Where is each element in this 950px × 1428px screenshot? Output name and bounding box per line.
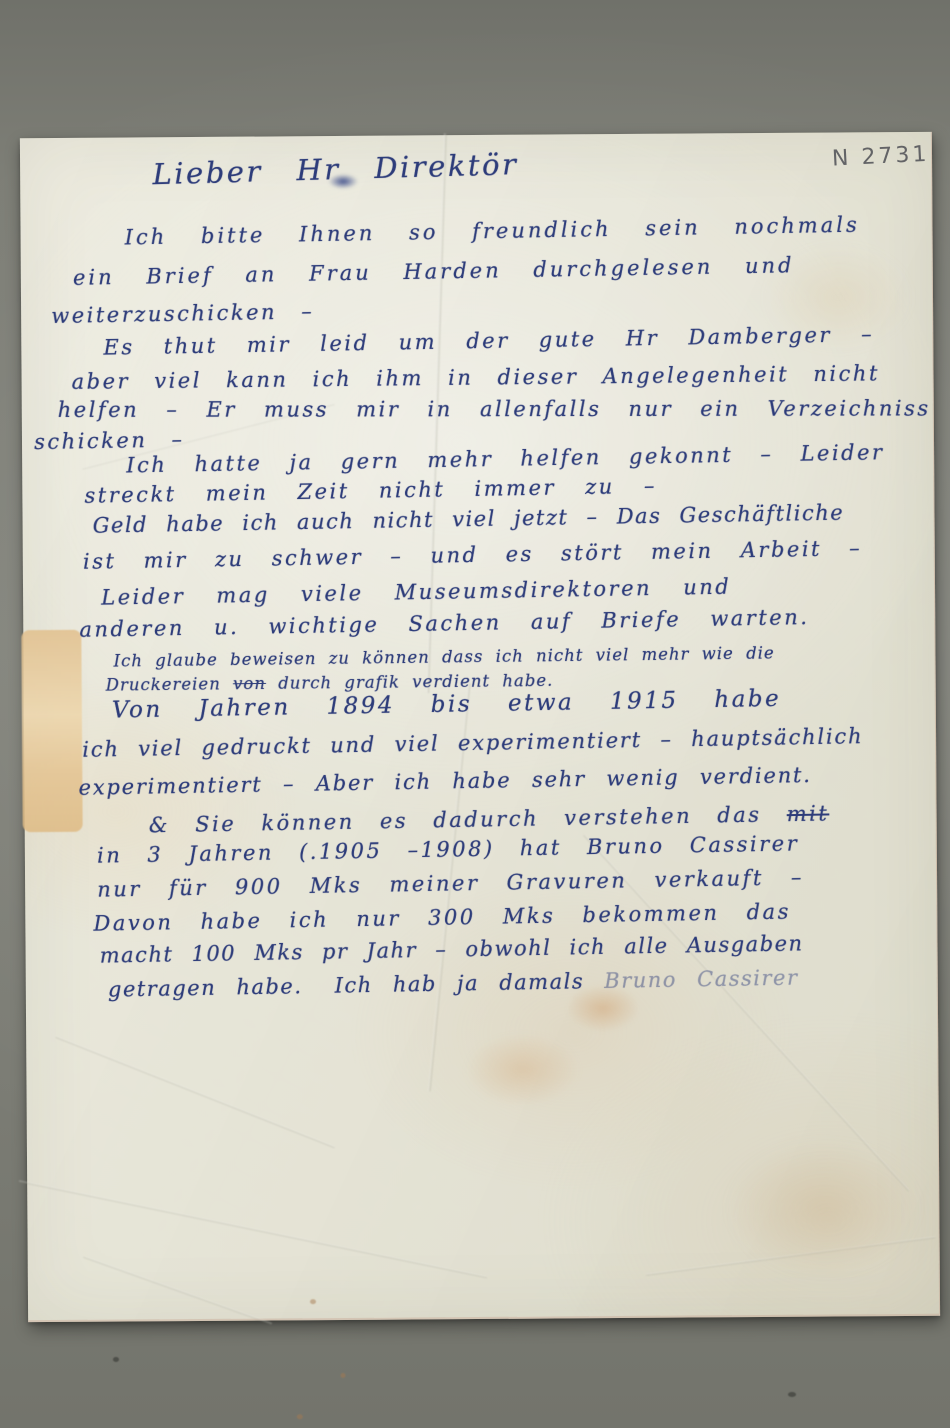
stain [464, 1032, 581, 1107]
letter-line: schicken – [34, 427, 185, 454]
letter-line: anderen u. wichtige Sachen auf Briefe wa… [79, 605, 809, 642]
letter-line: ein Brief an Frau Harden durchgelesen un… [73, 253, 795, 290]
letter-line: Ich bitte Ihnen so freundlich sein nochm… [124, 213, 859, 250]
letter-line: Ich hatte ja gern mehr helfen gekonnt – … [126, 440, 885, 477]
photo-background: N 2731 Lieber Hr Direktör Ich bitte Ihne… [0, 0, 950, 1428]
faded-words: Bruno Cassirer [604, 966, 799, 993]
letter-line: ich viel gedruckt und viel experimentier… [82, 724, 863, 762]
letter-line: streckt mein Zeit nicht immer zu – [84, 474, 657, 508]
stain [725, 1138, 922, 1277]
salutation: Lieber Hr Direktör [152, 147, 519, 191]
background-speck [788, 1392, 796, 1397]
catalog-number: N 2731 [831, 142, 930, 172]
letter-line: aber viel kann ich ihm in dieser Angeleg… [71, 361, 879, 393]
letter-line: Davon habe ich nur 300 Mks bekommen das [93, 900, 791, 936]
crease-line [83, 1256, 272, 1325]
tape-stain [21, 630, 82, 832]
letter-line: nur für 900 Mks meiner Gravuren verkauft… [97, 865, 804, 901]
letter-line: ist mir zu schwer – und es stört mein Ar… [83, 536, 863, 574]
letter-line: experimentiert – Aber ich habe sehr weni… [78, 763, 812, 800]
struck-word: von [233, 674, 266, 693]
struck-word: mit [786, 801, 829, 826]
letter-line: Geld habe ich auch nicht viel jetzt – Da… [93, 501, 845, 538]
letter-line: Es thut mir leid um der gute Hr Damberge… [103, 322, 874, 359]
background-speck [113, 1357, 119, 1362]
letter-line-segment: getragen habe. Ich hab ja damals [108, 969, 605, 1002]
letter-line: Leider mag viele Museumsdirektoren und [101, 575, 731, 610]
crease-line [19, 1180, 488, 1278]
letter-line-segment: & Sie können es dadurch verstehen das [149, 802, 787, 837]
crease-line [55, 1036, 335, 1148]
letter-line-segment: Druckereien [106, 674, 234, 694]
stain [341, 1373, 346, 1378]
letter-line: in 3 Jahren (.1905 –1908) hat Bruno Cass… [97, 831, 800, 867]
letter-line: getragen habe. Ich hab ja damals Bruno C… [108, 966, 799, 1002]
stain [310, 1299, 316, 1304]
letter-line: helfen – Er muss mir in allenfalls nur e… [58, 396, 931, 422]
letter-line: Ich glaube beweisen zu können dass ich n… [113, 643, 774, 670]
letter-paper: N 2731 Lieber Hr Direktör Ich bitte Ihne… [20, 132, 940, 1322]
letter-line: weiterzuschicken – [51, 299, 314, 328]
stain [297, 1414, 303, 1419]
